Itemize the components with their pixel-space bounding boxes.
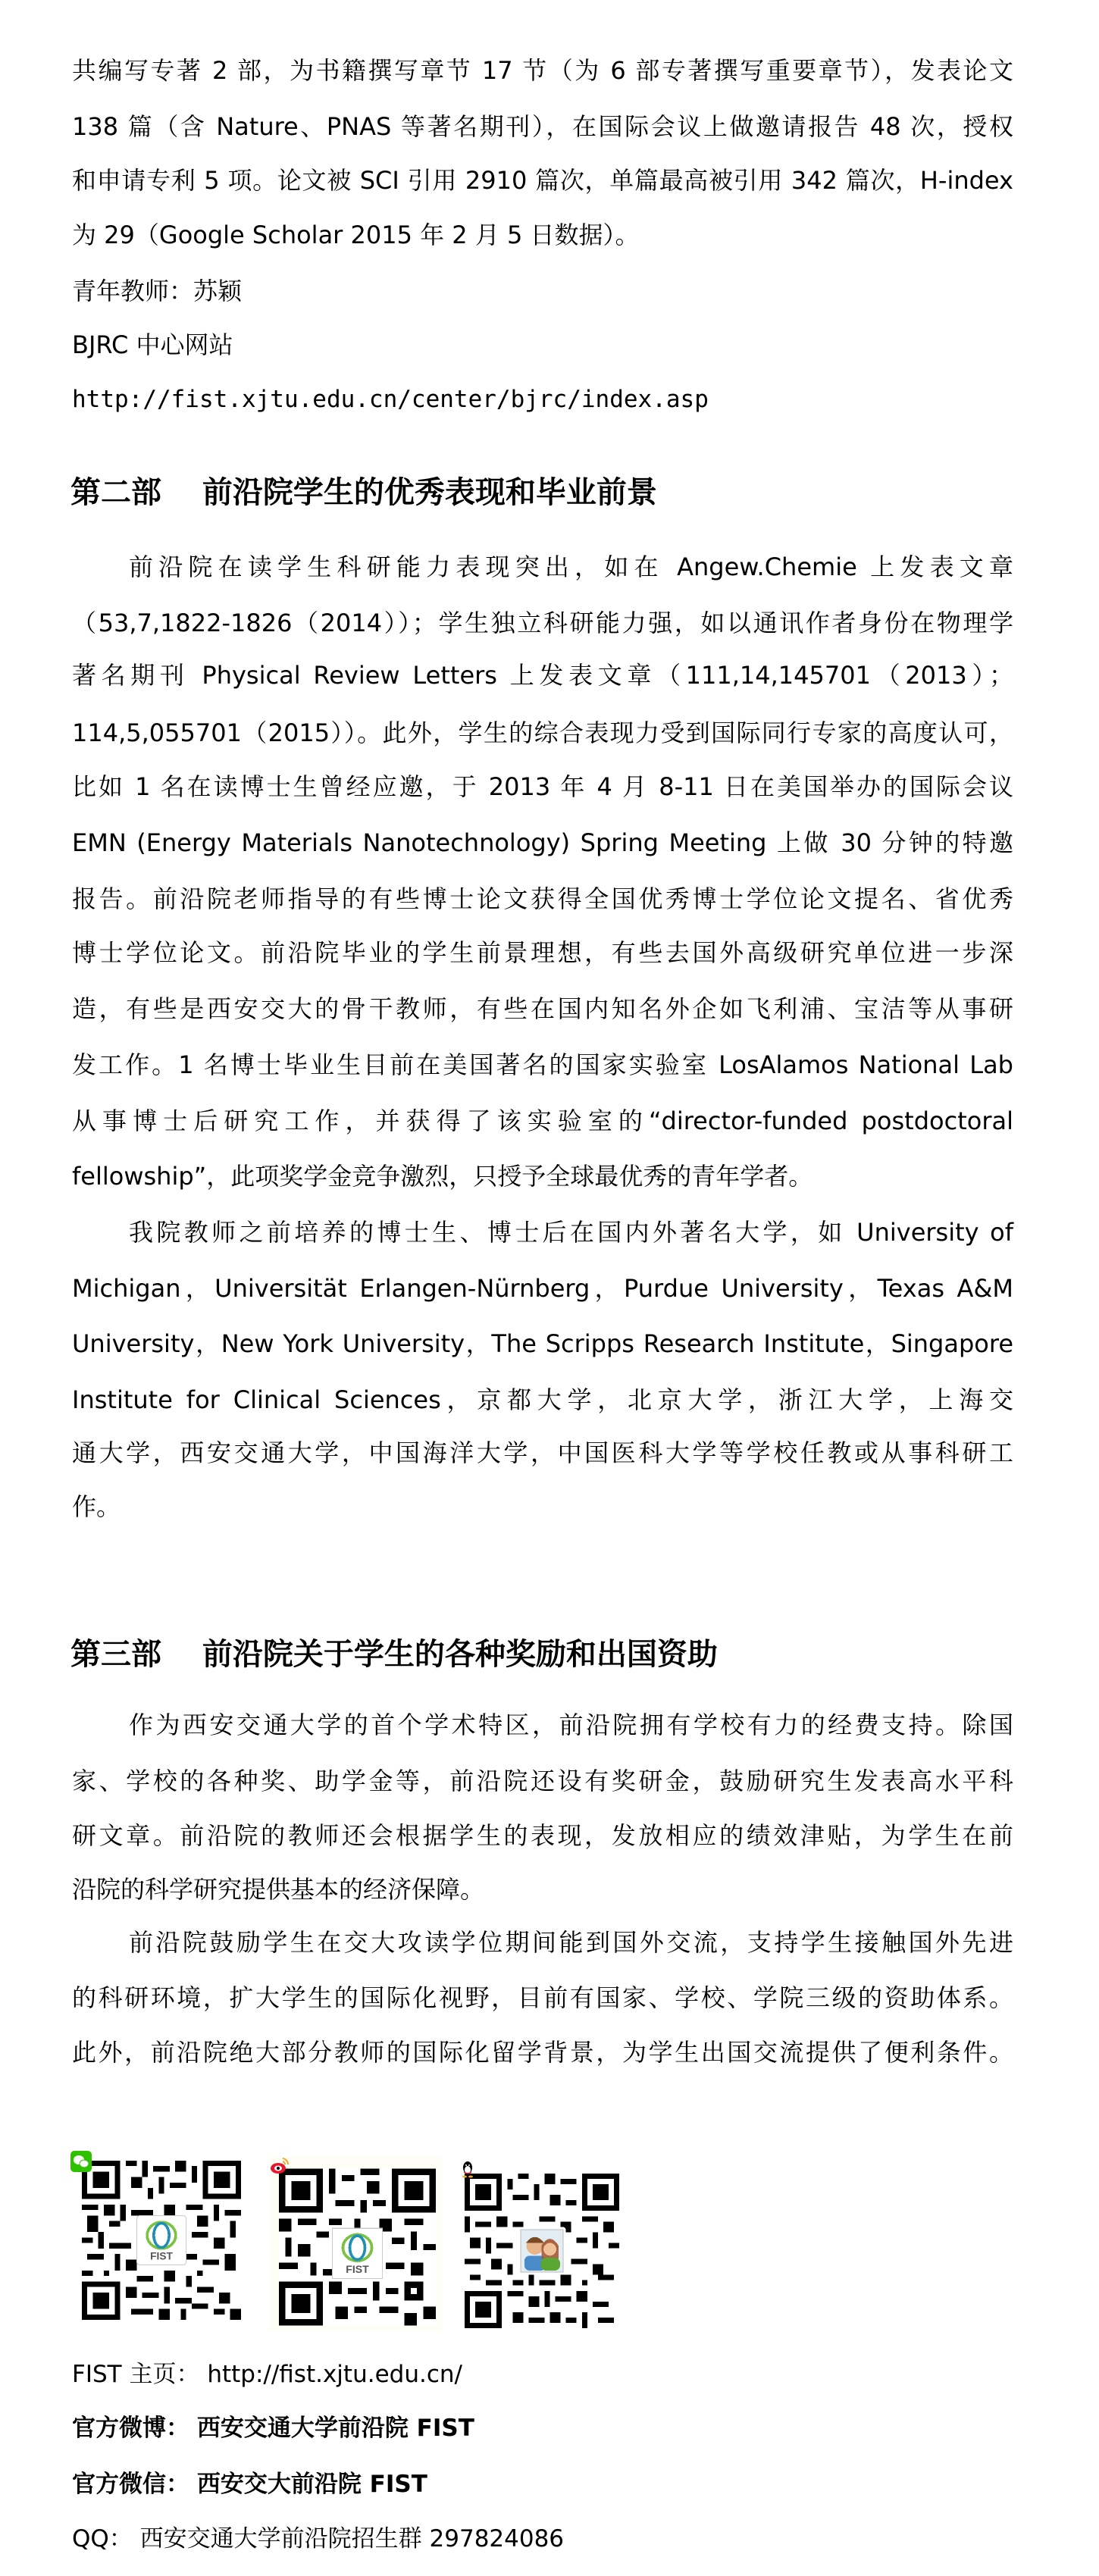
- wechat-qr-code: FIST: [82, 2160, 241, 2321]
- svg-text:FIST: FIST: [150, 2250, 173, 2261]
- body-line: EMN (Energy Materials Nanotechnology) Sp…: [72, 825, 1013, 860]
- qq-penguin-icon: [459, 2160, 476, 2180]
- document-page: 共编写专著 2 部，为书籍撰写章节 17 节（为 6 部专著撰写重要章节），发表…: [0, 0, 1099, 2576]
- qr-pattern: FIST: [82, 2160, 241, 2321]
- svg-text:FIST: FIST: [346, 2263, 369, 2275]
- body-line: 发工作。1 名博士毕业生目前在美国著名的国家实验室 LosAlamos Nati…: [72, 1047, 1013, 1082]
- body-line: University，New York University，The Scrip…: [72, 1326, 1013, 1361]
- qr-pattern: [464, 2174, 620, 2328]
- body-line: 共编写专著 2 部，为书籍撰写章节 17 节（为 6 部专著撰写重要章节），发表…: [72, 53, 1013, 88]
- qq-label: QQ：: [72, 2525, 133, 2553]
- weibo-account: 西安交通大学前沿院 FIST: [197, 2415, 474, 2442]
- body-line: 研文章。前沿院的教师还会根据学生的表现，发放相应的绩效津贴，为学生在前: [72, 1818, 1013, 1853]
- body-line: （53,7,1822-1826（2014））；学生独立科研能力强，如以通讯作者身…: [72, 606, 1013, 640]
- homepage-label: FIST 主页：: [72, 2361, 199, 2388]
- weibo-icon: [269, 2155, 290, 2177]
- body-line: 和申请专利 5 项。论文被 SCI 引用 2910 篇次，单篇最高被引用 342…: [72, 163, 1013, 198]
- body-line: 138 篇（含 Nature、PNAS 等著名期刊），在国际会议上做邀请报告 4…: [72, 109, 1013, 144]
- body-line: 著名期刊 Physical Review Letters 上发表文章（111,1…: [72, 658, 1013, 693]
- body-line: 114,5,055701（2015））。此外，学生的综合表现力受到国际同行专家的…: [72, 715, 1013, 750]
- qq-qr-code: [464, 2174, 620, 2328]
- body-line: 的科研环境，扩大学生的国际化视野，目前有国家、学校、学院三级的资助体系。: [72, 1980, 1013, 2015]
- body-line: fellowship”，此项奖学金竞争激烈，只授予全球最优秀的青年学者。: [72, 1159, 1013, 1194]
- body-line: 此外，前沿院绝大部分教师的国际化留学背景，为学生出国交流提供了便利条件。: [72, 2035, 1013, 2070]
- weibo-qr-code: FIST: [269, 2157, 442, 2331]
- section-heading-2: 第二部 前沿院学生的优秀表现和毕业前景: [70, 471, 657, 514]
- center-site-link[interactable]: http://fist.xjtu.edu.cn/center/bjrc/inde…: [72, 382, 1013, 417]
- body-line: 报告。前沿院老师指导的有些博士论文获得全国优秀博士学位论文提名、省优秀: [72, 881, 1013, 916]
- body-line: Institute for Clinical Sciences，京都大学，北京大…: [72, 1382, 1013, 1417]
- body-line: 作。: [72, 1489, 1013, 1524]
- wechat-icon: [70, 2151, 92, 2172]
- body-line: 前沿院在读学生科研能力表现突出，如在 Angew.Chemie 上发表文章: [129, 549, 1013, 584]
- section-heading-3: 第三部 前沿院关于学生的各种奖励和出国资助: [70, 1633, 718, 1676]
- weibo-line: 官方微博： 西安交通大学前沿院 FIST: [72, 2412, 474, 2445]
- body-line: 家、学校的各种奖、助学金等，前沿院还设有奖研金，鼓励研究生发表高水平科: [72, 1764, 1013, 1798]
- body-line: 从事博士后研究工作，并获得了该实验室的“director-funded post…: [72, 1103, 1013, 1138]
- wechat-account: 西安交大前沿院 FIST: [197, 2471, 427, 2498]
- body-line: 沿院的科学研究提供基本的经济保障。: [72, 1872, 1013, 1907]
- young-teacher-line: 青年教师：苏颖: [72, 274, 1013, 308]
- homepage-link[interactable]: http://fist.xjtu.edu.cn/: [207, 2361, 462, 2388]
- body-line: 通大学，西安交通大学，中国海洋大学，中国医科大学等学校任教或从事科研工: [72, 1435, 1013, 1470]
- body-line: 前沿院鼓励学生在交大攻读学位期间能到国外交流，支持学生接触国外先进: [129, 1925, 1013, 1960]
- weibo-label: 官方微博：: [72, 2415, 189, 2442]
- qr-pattern: FIST: [279, 2168, 436, 2327]
- wechat-line: 官方微信： 西安交大前沿院 FIST: [72, 2468, 427, 2501]
- body-line: 为 29（Google Scholar 2015 年 2 月 5 日数据）。: [72, 218, 1013, 252]
- body-line: 造，有些是西安交大的骨干教师，有些在国内知名外企如飞利浦、宝洁等从事研: [72, 991, 1013, 1026]
- qq-line: QQ： 西安交通大学前沿院招生群 297824086: [72, 2522, 564, 2556]
- body-line: 比如 1 名在读博士生曾经应邀，于 2013 年 4 月 8-11 日在美国举办…: [72, 769, 1013, 804]
- center-site-label: BJRC 中心网站: [72, 327, 1013, 362]
- body-line: 作为西安交通大学的首个学术特区，前沿院拥有学校有力的经费支持。除国: [129, 1707, 1013, 1742]
- body-line: Michigan，Universität Erlangen-Nürnberg，P…: [72, 1271, 1013, 1306]
- body-line: 我院教师之前培养的博士生、博士后在国内外著名大学，如 University of: [129, 1215, 1013, 1250]
- body-line: 博士学位论文。前沿院毕业的学生前景理想，有些去国外高级研究单位进一步深: [72, 935, 1013, 970]
- homepage-line: FIST 主页： http://fist.xjtu.edu.cn/: [72, 2358, 462, 2391]
- wechat-label: 官方微信：: [72, 2471, 189, 2498]
- qq-group: 西安交通大学前沿院招生群 297824086: [140, 2525, 564, 2553]
